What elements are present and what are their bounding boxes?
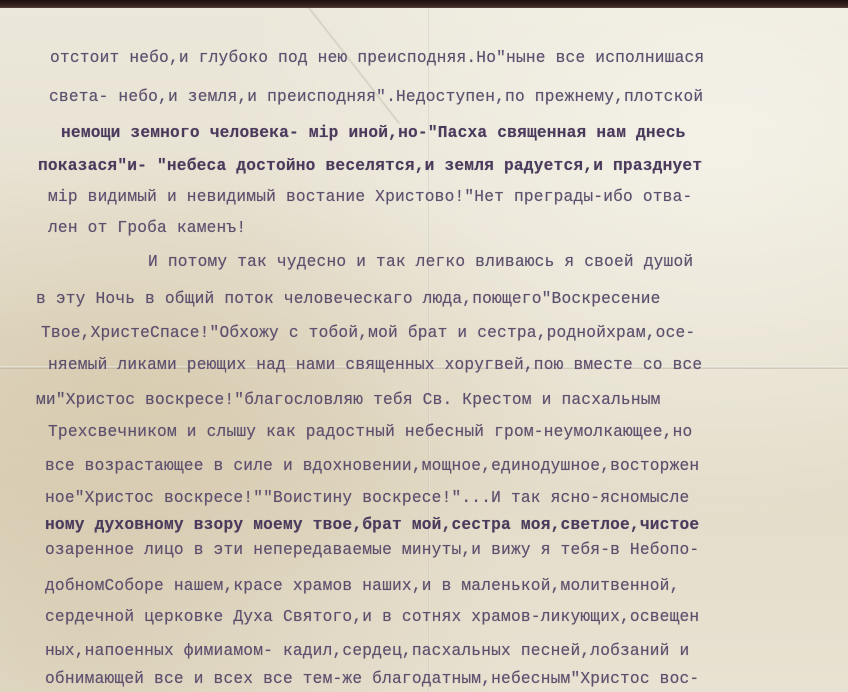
text-line: няемый ликами реющих над нами священных … (48, 355, 702, 375)
text-line: Твое,ХристеСпасе!"Обхожу с тобой,мой бра… (41, 323, 695, 343)
text-line: озаренное лицо в эти непередаваемые мину… (45, 540, 699, 560)
text-line: ному духовному взору моему твое,брат мой… (45, 515, 699, 535)
text-line: Трехсвечником и слышу как радостный небе… (48, 422, 692, 442)
text-line: ми"Христос воскресе!"благословляю тебя С… (36, 390, 661, 410)
text-line: И потому так чудесно и так легко вливаюс… (148, 252, 693, 272)
text-line: показася"и- "небеса достойно веселятся,и… (38, 156, 702, 176)
text-line: отстоит небо,и глубоко под нею преисподн… (50, 48, 704, 68)
text-line: в эту Ночь в общий поток человеческаго л… (36, 289, 661, 309)
text-line: все возрастающее в силе и вдохновении,мо… (45, 456, 699, 476)
paper-sheet: отстоит небо,и глубоко под нею преисподн… (0, 8, 848, 692)
text-line: обнимающей все и всех все тем-же благода… (45, 669, 699, 689)
text-line: добномСоборе нашем,красе храмов наших,и … (45, 576, 680, 596)
text-line: ное"Христос воскресе!""Воистину воскресе… (45, 488, 689, 508)
text-line: мір видимый и невидимый востание Христов… (48, 187, 692, 207)
text-line: света- небо,и земля,и преисподняя".Недос… (49, 87, 703, 107)
text-line: лен от Гроба каменъ! (48, 218, 246, 238)
typewritten-text: отстоит небо,и глубоко под нею преисподн… (0, 8, 848, 692)
text-line: сердечной церковке Духа Святого,и в сотн… (45, 607, 699, 627)
text-line: ных,напоенных фимиамом- кадил,сердец,пас… (45, 641, 689, 661)
text-line: немощи земного человека- мір иной,но-"Па… (61, 123, 686, 143)
